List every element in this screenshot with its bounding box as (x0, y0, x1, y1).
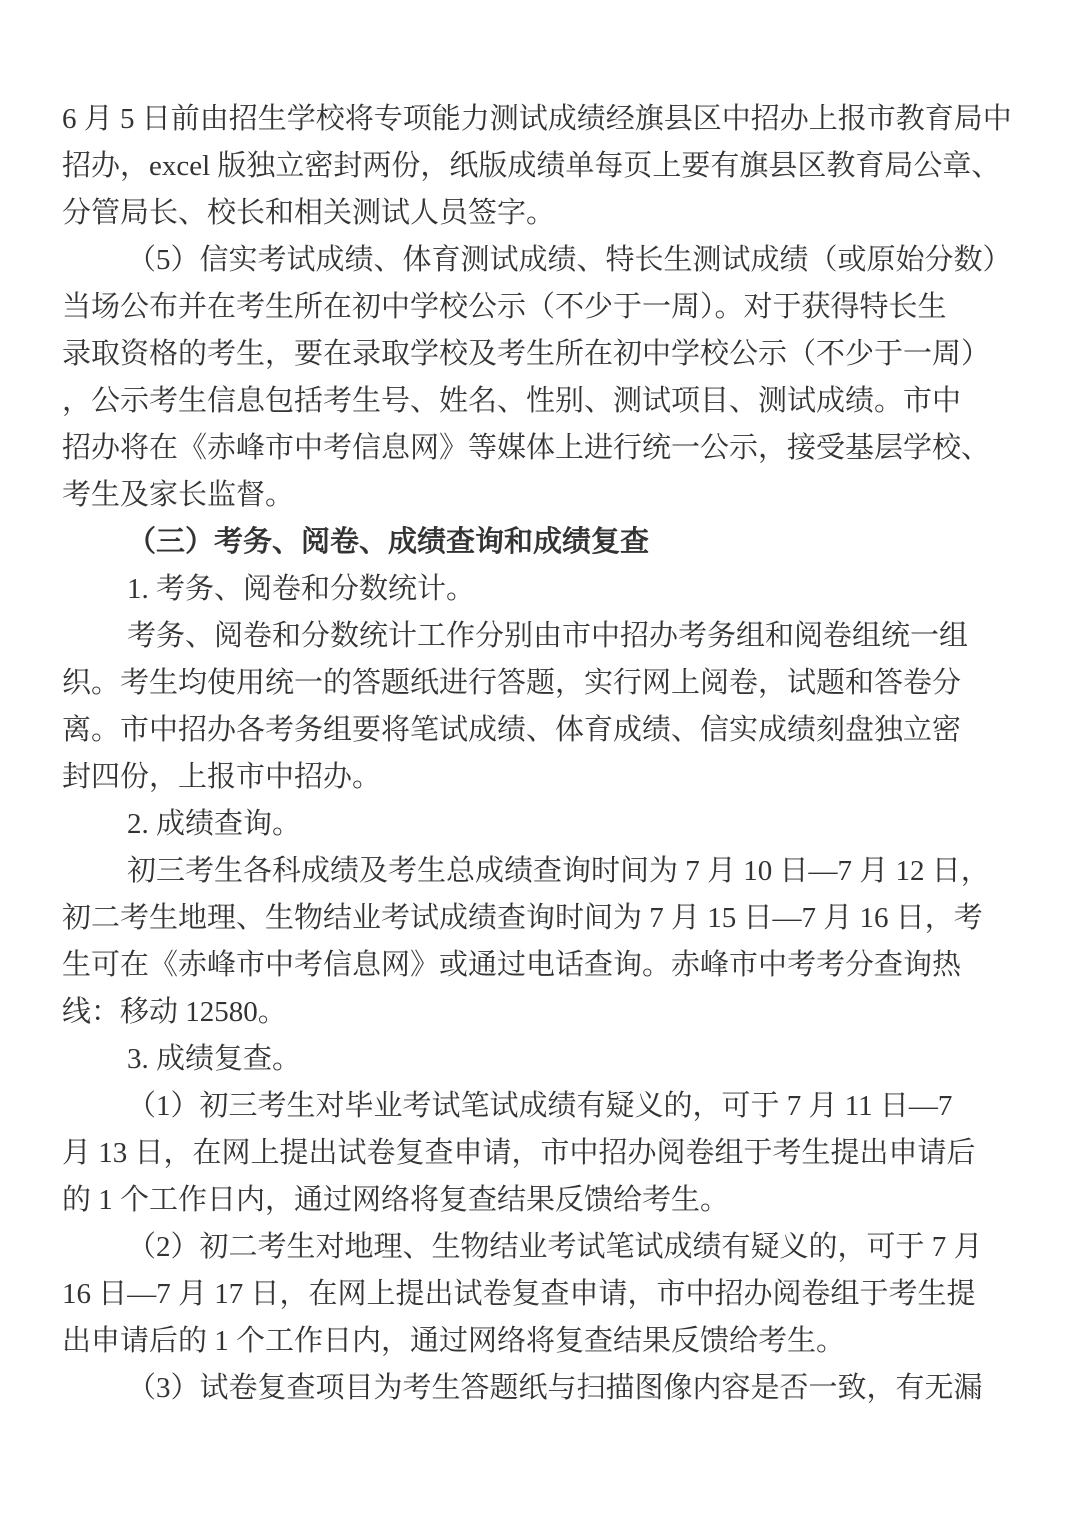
paragraph: （1）初三考生对毕业考试笔试成绩有疑义的，可于 7 月 11 日—7月 13 日… (62, 1083, 982, 1224)
text-line: 封四份，上报市中招办。 (62, 754, 982, 801)
text-line: 1. 考务、阅卷和分数统计。 (62, 566, 982, 613)
text-line: 出申请后的 1 个工作日内，通过网络将复查结果反馈给考生。 (62, 1318, 982, 1365)
text-line: 初二考生地理、生物结业考试成绩查询时间为 7 月 15 日—7 月 16 日，考 (62, 895, 982, 942)
paragraph: 初三考生各科成绩及考生总成绩查询时间为 7 月 10 日—7 月 12 日，初二… (62, 848, 982, 1036)
document-body: 6 月 5 日前由招生学校将专项能力测试成绩经旗县区中招办上报市教育局中招办，e… (62, 96, 982, 1412)
text-line: 考生及家长监督。 (62, 472, 982, 519)
paragraph: 6 月 5 日前由招生学校将专项能力测试成绩经旗县区中招办上报市教育局中招办，e… (62, 96, 982, 237)
paragraph: 考务、阅卷和分数统计工作分别由市中招办考务组和阅卷组统一组织。考生均使用统一的答… (62, 613, 982, 801)
text-line: 织。考生均使用统一的答题纸进行答题，实行网上阅卷，试题和答卷分 (62, 660, 982, 707)
paragraph: 2. 成绩查询。 (62, 801, 982, 848)
text-line: 初三考生各科成绩及考生总成绩查询时间为 7 月 10 日—7 月 12 日， (62, 848, 982, 895)
paragraph: 1. 考务、阅卷和分数统计。 (62, 566, 982, 613)
paragraph: （3）试卷复查项目为考生答题纸与扫描图像内容是否一致，有无漏 (62, 1365, 982, 1412)
text-line: 3. 成绩复查。 (62, 1036, 982, 1083)
text-line: 6 月 5 日前由招生学校将专项能力测试成绩经旗县区中招办上报市教育局中 (62, 96, 982, 143)
text-line: 的 1 个工作日内，通过网络将复查结果反馈给考生。 (62, 1177, 982, 1224)
section-heading: （三）考务、阅卷、成绩查询和成绩复查 (62, 519, 982, 566)
text-line: （2）初二考生对地理、生物结业考试笔试成绩有疑义的，可于 7 月 (62, 1224, 982, 1271)
text-line: ，公示考生信息包括考生号、姓名、性别、测试项目、测试成绩。市中 (62, 378, 982, 425)
text-line: 生可在《赤峰市中考信息网》或通过电话查询。赤峰市中考考分查询热 (62, 942, 982, 989)
heading-line: （三）考务、阅卷、成绩查询和成绩复查 (62, 519, 982, 566)
text-line: （3）试卷复查项目为考生答题纸与扫描图像内容是否一致，有无漏 (62, 1365, 982, 1412)
document-page: 6 月 5 日前由招生学校将专项能力测试成绩经旗县区中招办上报市教育局中招办，e… (0, 0, 1080, 1527)
text-line: 分管局长、校长和相关测试人员签字。 (62, 190, 982, 237)
paragraph: （2）初二考生对地理、生物结业考试笔试成绩有疑义的，可于 7 月16 日—7 月… (62, 1224, 982, 1365)
paragraph: 3. 成绩复查。 (62, 1036, 982, 1083)
text-line: 招办，excel 版独立密封两份，纸版成绩单每页上要有旗县区教育局公章、 (62, 143, 982, 190)
text-line: 当场公布并在考生所在初中学校公示（不少于一周）。对于获得特长生 (62, 284, 982, 331)
text-line: （1）初三考生对毕业考试笔试成绩有疑义的，可于 7 月 11 日—7 (62, 1083, 982, 1130)
text-line: 线：移动 12580。 (62, 989, 982, 1036)
text-line: 招办将在《赤峰市中考信息网》等媒体上进行统一公示，接受基层学校、 (62, 425, 982, 472)
paragraph: （5）信实考试成绩、体育测试成绩、特长生测试成绩（或原始分数）当场公布并在考生所… (62, 237, 982, 519)
text-line: 16 日—7 月 17 日，在网上提出试卷复查申请，市中招办阅卷组于考生提 (62, 1271, 982, 1318)
text-line: 月 13 日，在网上提出试卷复查申请，市中招办阅卷组于考生提出申请后 (62, 1130, 982, 1177)
text-line: 考务、阅卷和分数统计工作分别由市中招办考务组和阅卷组统一组 (62, 613, 982, 660)
text-line: 录取资格的考生，要在录取学校及考生所在初中学校公示（不少于一周） (62, 331, 982, 378)
text-line: （5）信实考试成绩、体育测试成绩、特长生测试成绩（或原始分数） (62, 237, 982, 284)
text-line: 2. 成绩查询。 (62, 801, 982, 848)
text-line: 离。市中招办各考务组要将笔试成绩、体育成绩、信实成绩刻盘独立密 (62, 707, 982, 754)
